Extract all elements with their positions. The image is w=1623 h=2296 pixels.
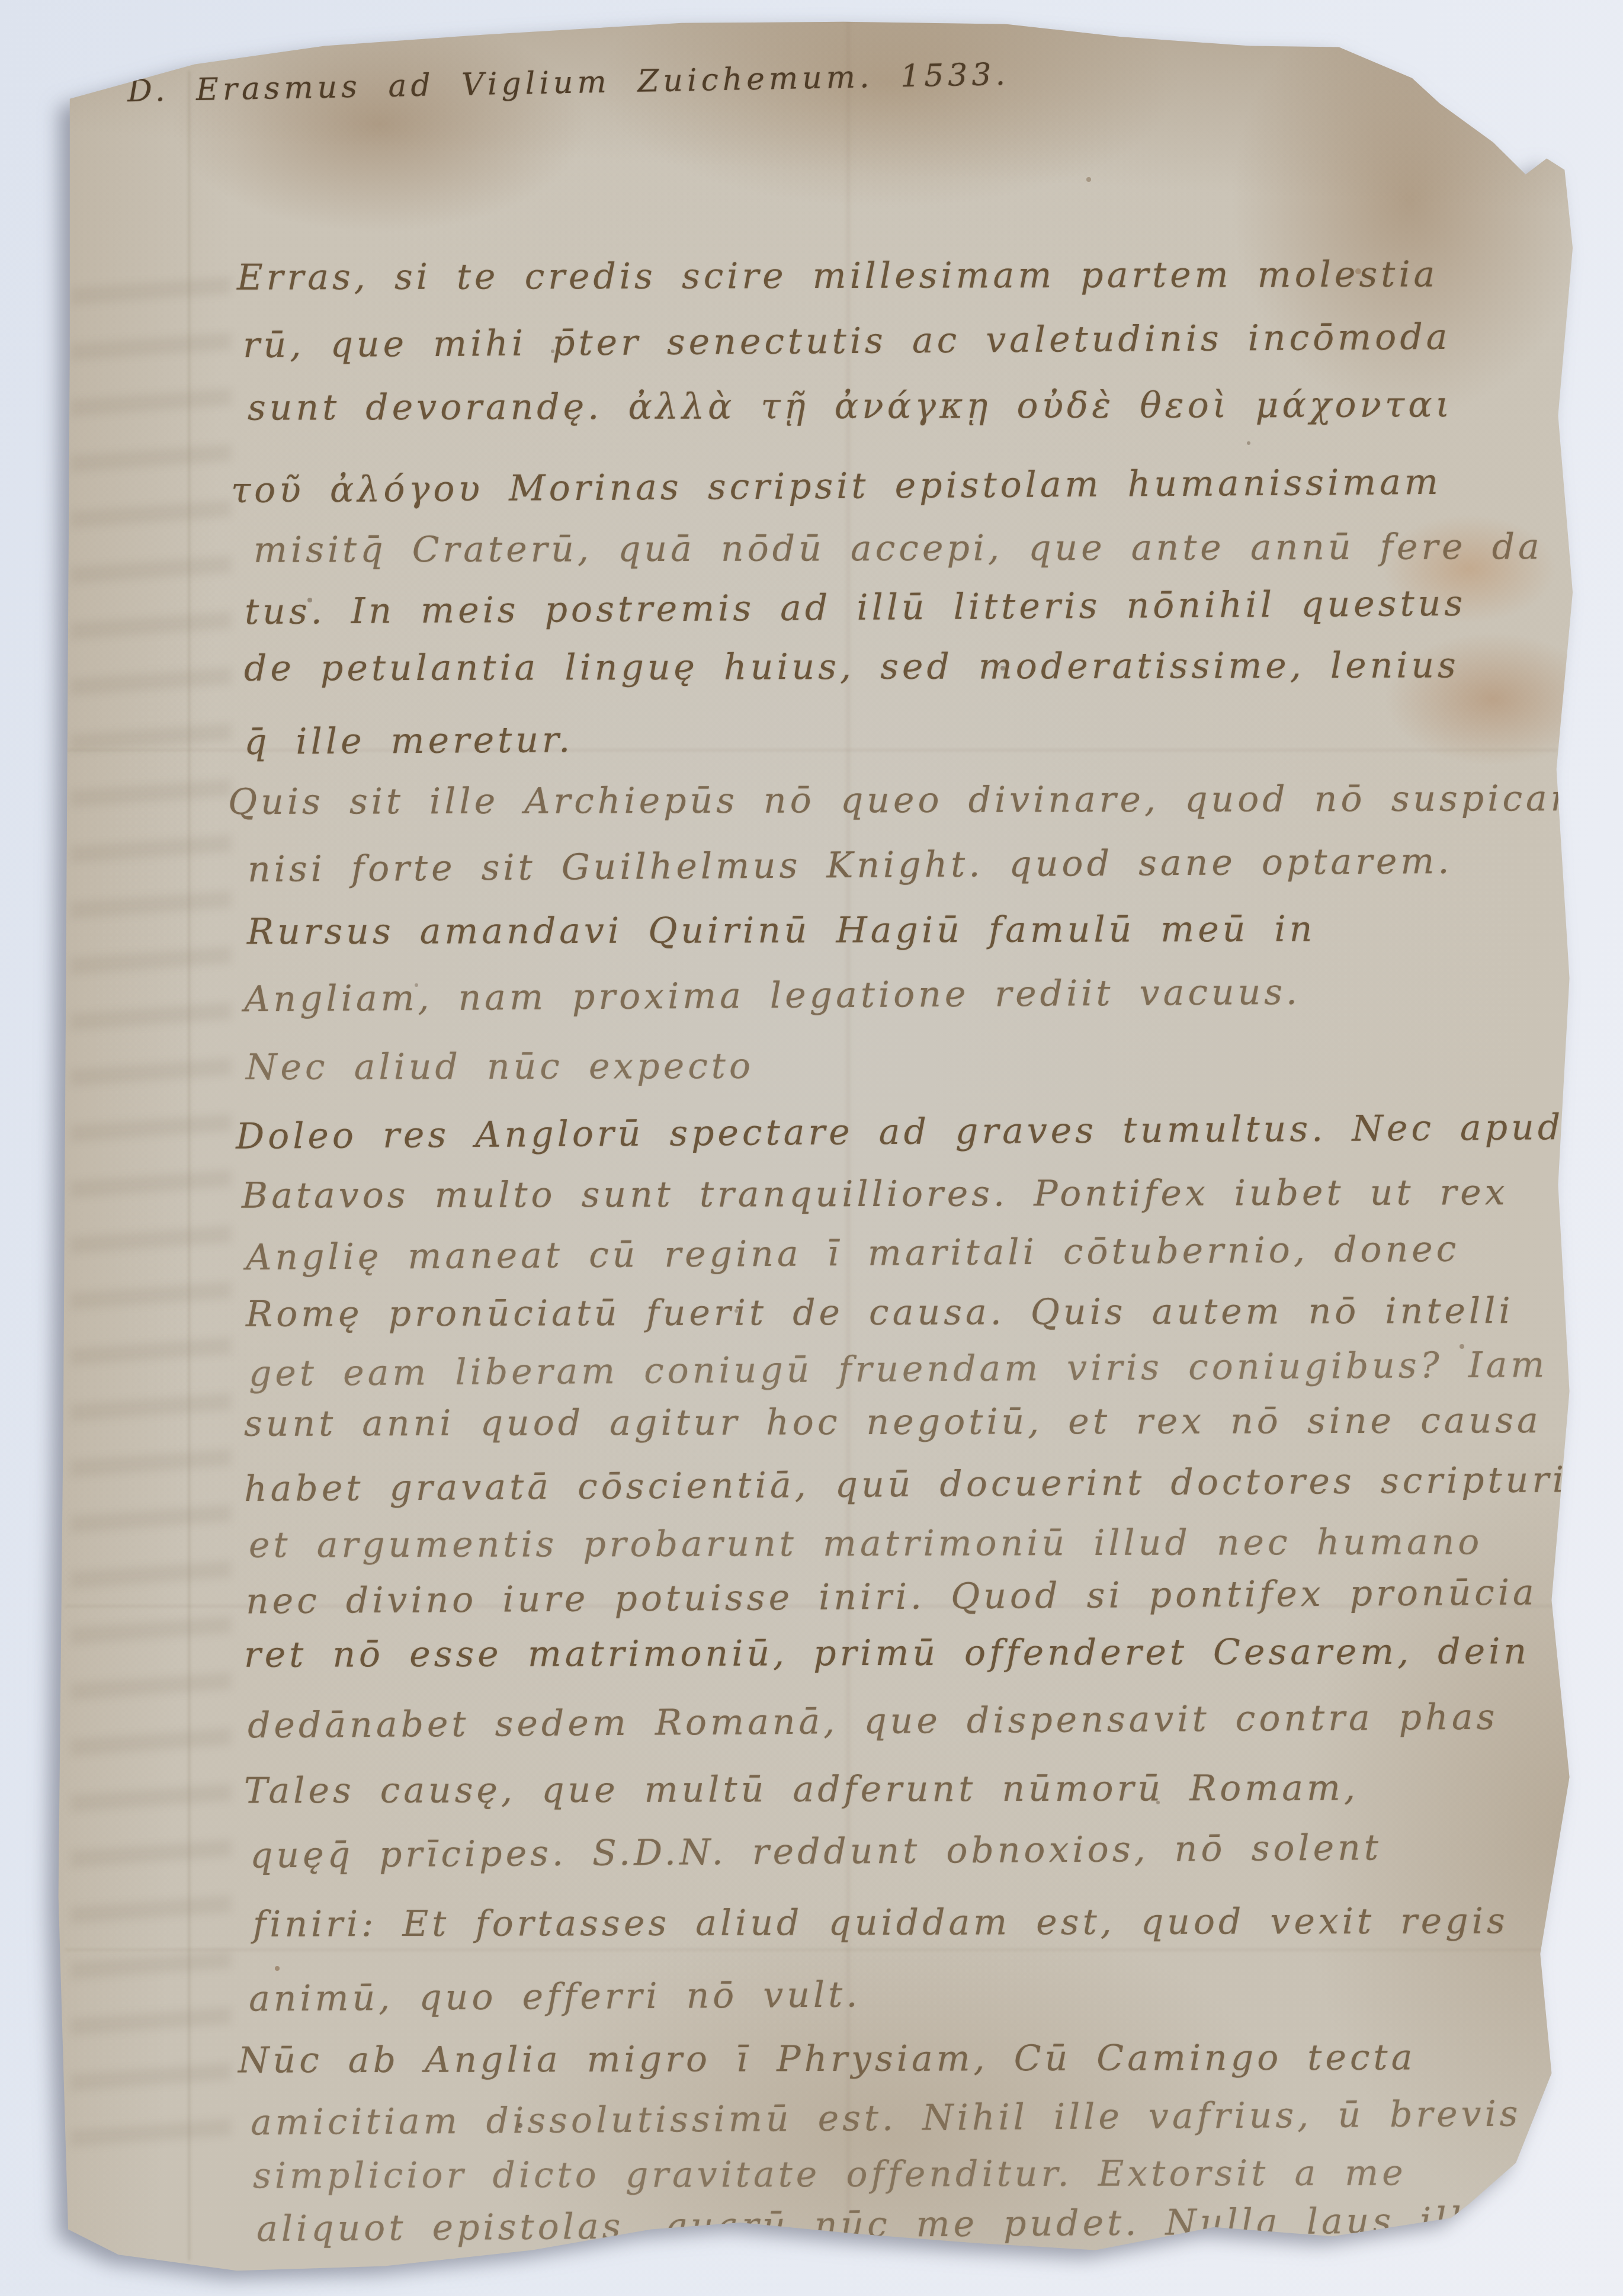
manuscript-line: animū, quo efferri nō vult. [249,1976,861,2018]
paper-specks [0,0,4,4]
manuscript-line: q̄ ille meretur. [244,721,574,761]
manuscript-line: misitq̄ Craterū, quā nōdū accepi, que an… [254,528,1543,569]
manuscript-line: nec divino iure potuisse iniri. Quod si … [246,1574,1538,1620]
manuscript-line: sunt anni quod agitur hoc negotiū, et re… [244,1402,1542,1443]
manuscript-line: de petulantia linguę huius, sed moderati… [244,647,1460,687]
text-layer: Erras, si te credis scire millesimam par… [0,0,1623,2296]
manuscript-line: Quis sit ille Archiepūs nō queo divinare… [228,780,1616,821]
manuscript-line: Rursus amandavi Quirinū Hagiū famulū meū… [247,911,1316,951]
manuscript-line: habet gravatā cōscientiā, quū docuerint … [244,1461,1589,1508]
manuscript-line: Angliam, nam proxima legatione rediit va… [244,974,1301,1018]
photo-background: D. Erasmus ad Viglium Zuichemum. 1533. E… [0,0,1623,2296]
manuscript-line: et argumentis probarunt matrimoniū illud… [249,1524,1483,1564]
manuscript-line: Nūc ab Anglia migro ī Phrysiam, Cū Camin… [238,2039,1416,2079]
manuscript-line: Nec aliud nūc expecto [246,1048,754,1086]
manuscript-line: finiri: Et fortasses aliud quiddam est, … [253,1903,1509,1944]
manuscript-line: get eam liberam coniugū fruendam viris c… [249,1346,1623,1393]
manuscript-line: τοῦ ἀλόγου Morinas scripsit epistolam hu… [231,464,1442,509]
manuscript-line: Tales causę, que multū adferunt nūmorū R… [244,1770,1359,1810]
manuscript-line: aliquot epistolas, quarū nūc me pudet. N… [256,2202,1465,2248]
manuscript-page: D. Erasmus ad Viglium Zuichemum. 1533. E… [0,0,1623,2296]
manuscript-line: Doleo res Anglorū spectare ad graves tum… [236,1109,1564,1156]
manuscript-line: Anglię maneat cū regina ī maritali cōtub… [246,1231,1460,1277]
manuscript-line: Romę pronūciatū fuerit de causa. Quis au… [246,1293,1514,1333]
manuscript-line: sunt devorandę. ἀλλὰ τῇ ἀνάγκῃ οὐδὲ θεοὶ… [248,386,1453,427]
manuscript-line: dedānabet sedem Romanā, que dispensavit … [248,1699,1499,1745]
manuscript-line: amicitiam dissolutissimū est. Nihil ille… [251,2096,1522,2142]
manuscript-line: tus. In meis postremis ad illū litteris … [245,585,1466,631]
manuscript-line: simplicior dicto gravitate offenditur. E… [253,2154,1407,2195]
manuscript-line: quęq̄ prīcipes. S.D.N. reddunt obnoxios,… [250,1829,1382,1874]
manuscript-line: Batavos multo sunt tranquilliores. Ponti… [242,1174,1509,1215]
manuscript-line: ret nō esse matrimoniū, primū offenderet… [244,1633,1530,1674]
manuscript-line: rū, que mihi p̄ter senectutis ac valetud… [243,319,1451,364]
manuscript-photo: D. Erasmus ad Viglium Zuichemum. 1533. E… [0,0,1623,2296]
manuscript-line: Erras, si te credis scire millesimam par… [237,256,1438,296]
manuscript-line: nisi forte sit Guilhelmus Knight. quod s… [248,843,1453,889]
